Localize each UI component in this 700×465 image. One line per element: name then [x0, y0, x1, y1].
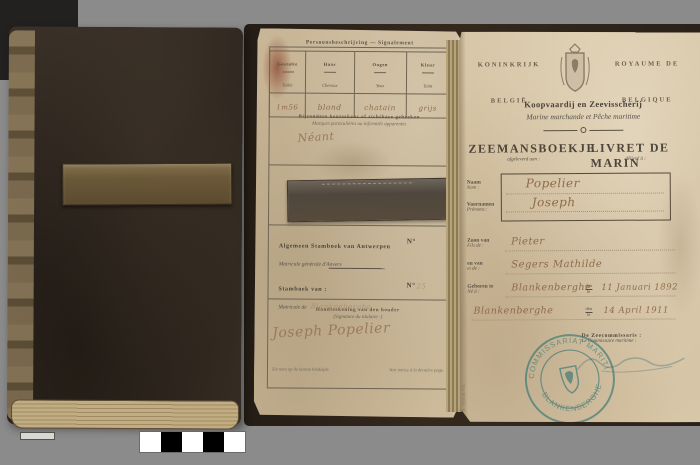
no-label: N° — [407, 237, 416, 245]
answer-line — [505, 295, 675, 297]
tape-faded-text — [322, 182, 412, 184]
cover-label-strip — [62, 163, 232, 206]
guide-line — [506, 193, 664, 195]
le-label: le — [585, 288, 592, 294]
marks-value-handwriting: Néant — [297, 130, 334, 145]
cover-spine-worn-edge — [7, 30, 35, 420]
issue-place-handwriting: Blankenberghe — [473, 305, 553, 316]
col-header-fr: Taille — [282, 82, 292, 87]
father-handwriting: Pieter — [511, 236, 545, 247]
maritime-stamp: COMMISSARIAT MARITIME BLANKENBERGHE — [512, 321, 628, 437]
col-header: Oogen — [373, 62, 389, 67]
scale-segment — [224, 432, 245, 452]
mother-label-fr: et de : — [467, 267, 482, 272]
signature-heading-nl: Handteekening van den houder — [267, 307, 448, 314]
answer-line — [505, 249, 675, 251]
table-value: 1m56 — [276, 103, 298, 111]
kingdom-nl-line1: KONINKRIJK — [478, 61, 541, 68]
tape-strip — [287, 178, 448, 223]
footnote-nl: Zie nota op de laatste bladzijde. — [272, 366, 330, 371]
name-label: Naam Nom : — [467, 180, 481, 191]
den-le-label: den le — [585, 284, 592, 294]
photo-canvas: Persoonsbeschrijving — Signalement Gesta… — [0, 0, 700, 465]
den-le-label: den le — [585, 307, 592, 317]
footnote-fr: Voir notice à la dernière page. — [389, 367, 444, 372]
le-label: le — [586, 311, 593, 317]
service-title-fr: Marine marchande et Pêche maritime — [458, 111, 700, 122]
service-title-nl: Koopvaardij en Zeevisscherij — [458, 98, 700, 110]
name-label-fr: Nom : — [467, 186, 481, 191]
son-label-fr: Fils de : — [467, 244, 489, 249]
scale-segment — [203, 432, 224, 452]
mother-handwriting: Segers Mathilde — [511, 259, 602, 271]
born-at-label: Geboren te Né à : — [467, 284, 493, 295]
col-header: Gestalte — [277, 61, 298, 66]
col-header: Kleur — [421, 62, 435, 67]
divider-ornament — [458, 126, 700, 134]
answer-line — [505, 272, 675, 274]
col-header-fr: Yeux — [376, 83, 384, 88]
issue-date-handwriting: 14 April 1911 — [603, 305, 668, 315]
signalement-table: GestalteTaille HaarCheveux OogenYeux Kle… — [269, 50, 450, 118]
booklet-title-fr: LIVRET DE MARIN — [590, 140, 700, 171]
son-of-label: Zoon van Fils de : — [467, 238, 489, 249]
table-value: blond — [318, 102, 342, 111]
name-handwriting: Popelier — [526, 176, 580, 190]
scale-segment — [161, 432, 182, 452]
reference-sliver — [20, 432, 55, 440]
name-box: Popelier Joseph — [501, 172, 671, 221]
scale-segment — [182, 432, 203, 452]
answer-line — [472, 318, 676, 320]
book-cover — [7, 26, 243, 425]
scale-segment — [140, 432, 161, 452]
and-of-label: en van et de : — [467, 261, 483, 272]
issued-to-fr: délivré à : — [591, 156, 681, 162]
signalement-heading: Persoonsbeschrijving — Signalement — [269, 39, 450, 46]
col-header-fr: Teint — [423, 83, 432, 88]
booklet-title-nl: ZEEMANSBOEKJE — [468, 141, 578, 157]
printer-imprint: A. Thiel & Fils — [460, 282, 466, 412]
col-header-fr: Cheveux — [322, 83, 338, 88]
stamboek-van-nl: Stamboek van : — [279, 286, 327, 292]
den-label: den — [585, 307, 592, 312]
photo-scale-bar — [139, 431, 246, 453]
birthplace-handwriting: Blankenberghe — [511, 282, 591, 293]
table-value: chatain — [364, 103, 396, 112]
no-label-2: N° — [407, 281, 416, 289]
coat-of-arms-icon — [558, 43, 592, 97]
firstname-label-fr: Prénoms : — [467, 208, 494, 213]
cover-page-edges — [11, 399, 239, 429]
marks-note-fr: Marques particulières ou infirmités appa… — [269, 121, 450, 128]
firstname-label: Voornamen Prénoms : — [467, 202, 494, 213]
birthdate-handwriting: 11 Januari 1892 — [601, 282, 678, 292]
middle-page: Persoonsbeschrijving — Signalement Gesta… — [254, 28, 465, 417]
born-label-fr: Né à : — [467, 290, 493, 295]
marks-note-nl: Bijzondere kenteekens of zichtbare gebre… — [269, 114, 450, 121]
stamboek-antwerpen-nl: Algemeen Stamboek van Antwerpen — [279, 243, 391, 250]
stamboek-no-handwriting: 25 — [417, 282, 427, 290]
den-label: den — [585, 284, 592, 289]
guide-line — [506, 211, 664, 213]
kingdom-fr-line1: ROYAUME DE — [615, 60, 679, 67]
right-page: KONINKRIJK BELGIË ROYAUME DE BELGIQUE Ko… — [458, 30, 700, 424]
firstname-handwriting: Joseph — [532, 195, 576, 209]
signature-heading-fr: (Signature du titulaire :) — [267, 314, 448, 321]
table-value: grijs — [418, 104, 436, 112]
col-header: Haar — [324, 62, 336, 67]
issued-to-nl: afgeleverd aan : — [469, 157, 579, 163]
